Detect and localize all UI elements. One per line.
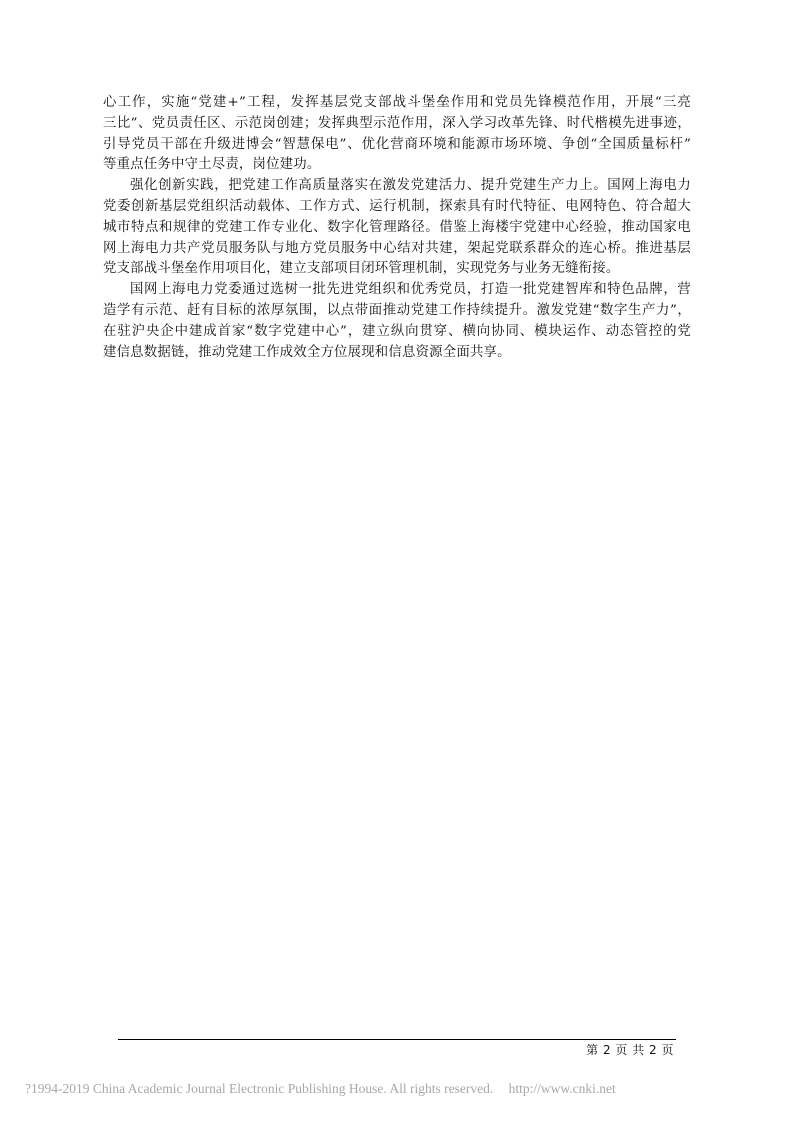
text-line: 强化创新实践，把党建工作高质量落实在激发党建活力、提升党建生产力上。国网上海电力 [103, 176, 691, 197]
text-line: 国网上海电力党委通过选树一批先进党组织和优秀党员，打造一批党建智库和特色品牌，营 [103, 280, 691, 301]
text-line: 党委创新基层党组织活动载体、工作方式、运行机制，探索具有时代特征、电网特色、符合… [103, 197, 691, 218]
text-line: 城市特点和规律的党建工作专业化、数字化管理路径。借鉴上海楼宇党建中心经验，推动国… [103, 218, 691, 239]
copyright-watermark: ?1994-2019 China Academic Journal Electr… [25, 1081, 785, 1097]
text-line: 造学有示范、赶有目标的浓厚氛围，以点带面推动党建工作持续提升。激发党建“数字生产… [103, 301, 691, 322]
document-body: 心工作，实施“党建+”工程，发挥基层党支部战斗堡垒作用和党员先锋模范作用，开展“… [103, 93, 691, 363]
paragraph: 国网上海电力党委通过选树一批先进党组织和优秀党员，打造一批党建智库和特色品牌，营… [103, 280, 691, 363]
text-line: 网上海电力共产党员服务队与地方党员服务中心结对共建，架起党联系群众的连心桥。推进… [103, 239, 691, 260]
text-line: 党支部战斗堡垒作用项目化，建立支部项目闭环管理机制，实现党务与业务无缝衔接。 [103, 259, 691, 280]
footer-divider [118, 1039, 676, 1040]
text-line: 引导党员干部在升级进博会“智慧保电”、优化营商环境和能源市场环境、争创“全国质量… [103, 135, 691, 156]
text-line: 在驻沪央企中建成首家“数字党建中心”，建立纵向贯穿、横向协同、模块运作、动态管控… [103, 322, 691, 343]
copyright-text: ?1994-2019 China Academic Journal Electr… [25, 1081, 493, 1096]
text-line: 建信息数据链，推动党建工作成效全方位展现和信息资源全面共享。 [103, 343, 691, 364]
paragraph: 心工作，实施“党建+”工程，发挥基层党支部战斗堡垒作用和党员先锋模范作用，开展“… [103, 93, 691, 176]
watermark-url: http://www.cnki.net [509, 1081, 616, 1096]
text-line: 等重点任务中守土尽责，岗位建功。 [103, 155, 691, 176]
text-line: 心工作，实施“党建+”工程，发挥基层党支部战斗堡垒作用和党员先锋模范作用，开展“… [103, 93, 691, 114]
page-number: 第 2 页 共 2 页 [560, 1041, 674, 1058]
paragraph: 强化创新实践，把党建工作高质量落实在激发党建活力、提升党建生产力上。国网上海电力… [103, 176, 691, 280]
text-line: 三比”、党员责任区、示范岗创建；发挥典型示范作用，深入学习改革先锋、时代楷模先进… [103, 114, 691, 135]
